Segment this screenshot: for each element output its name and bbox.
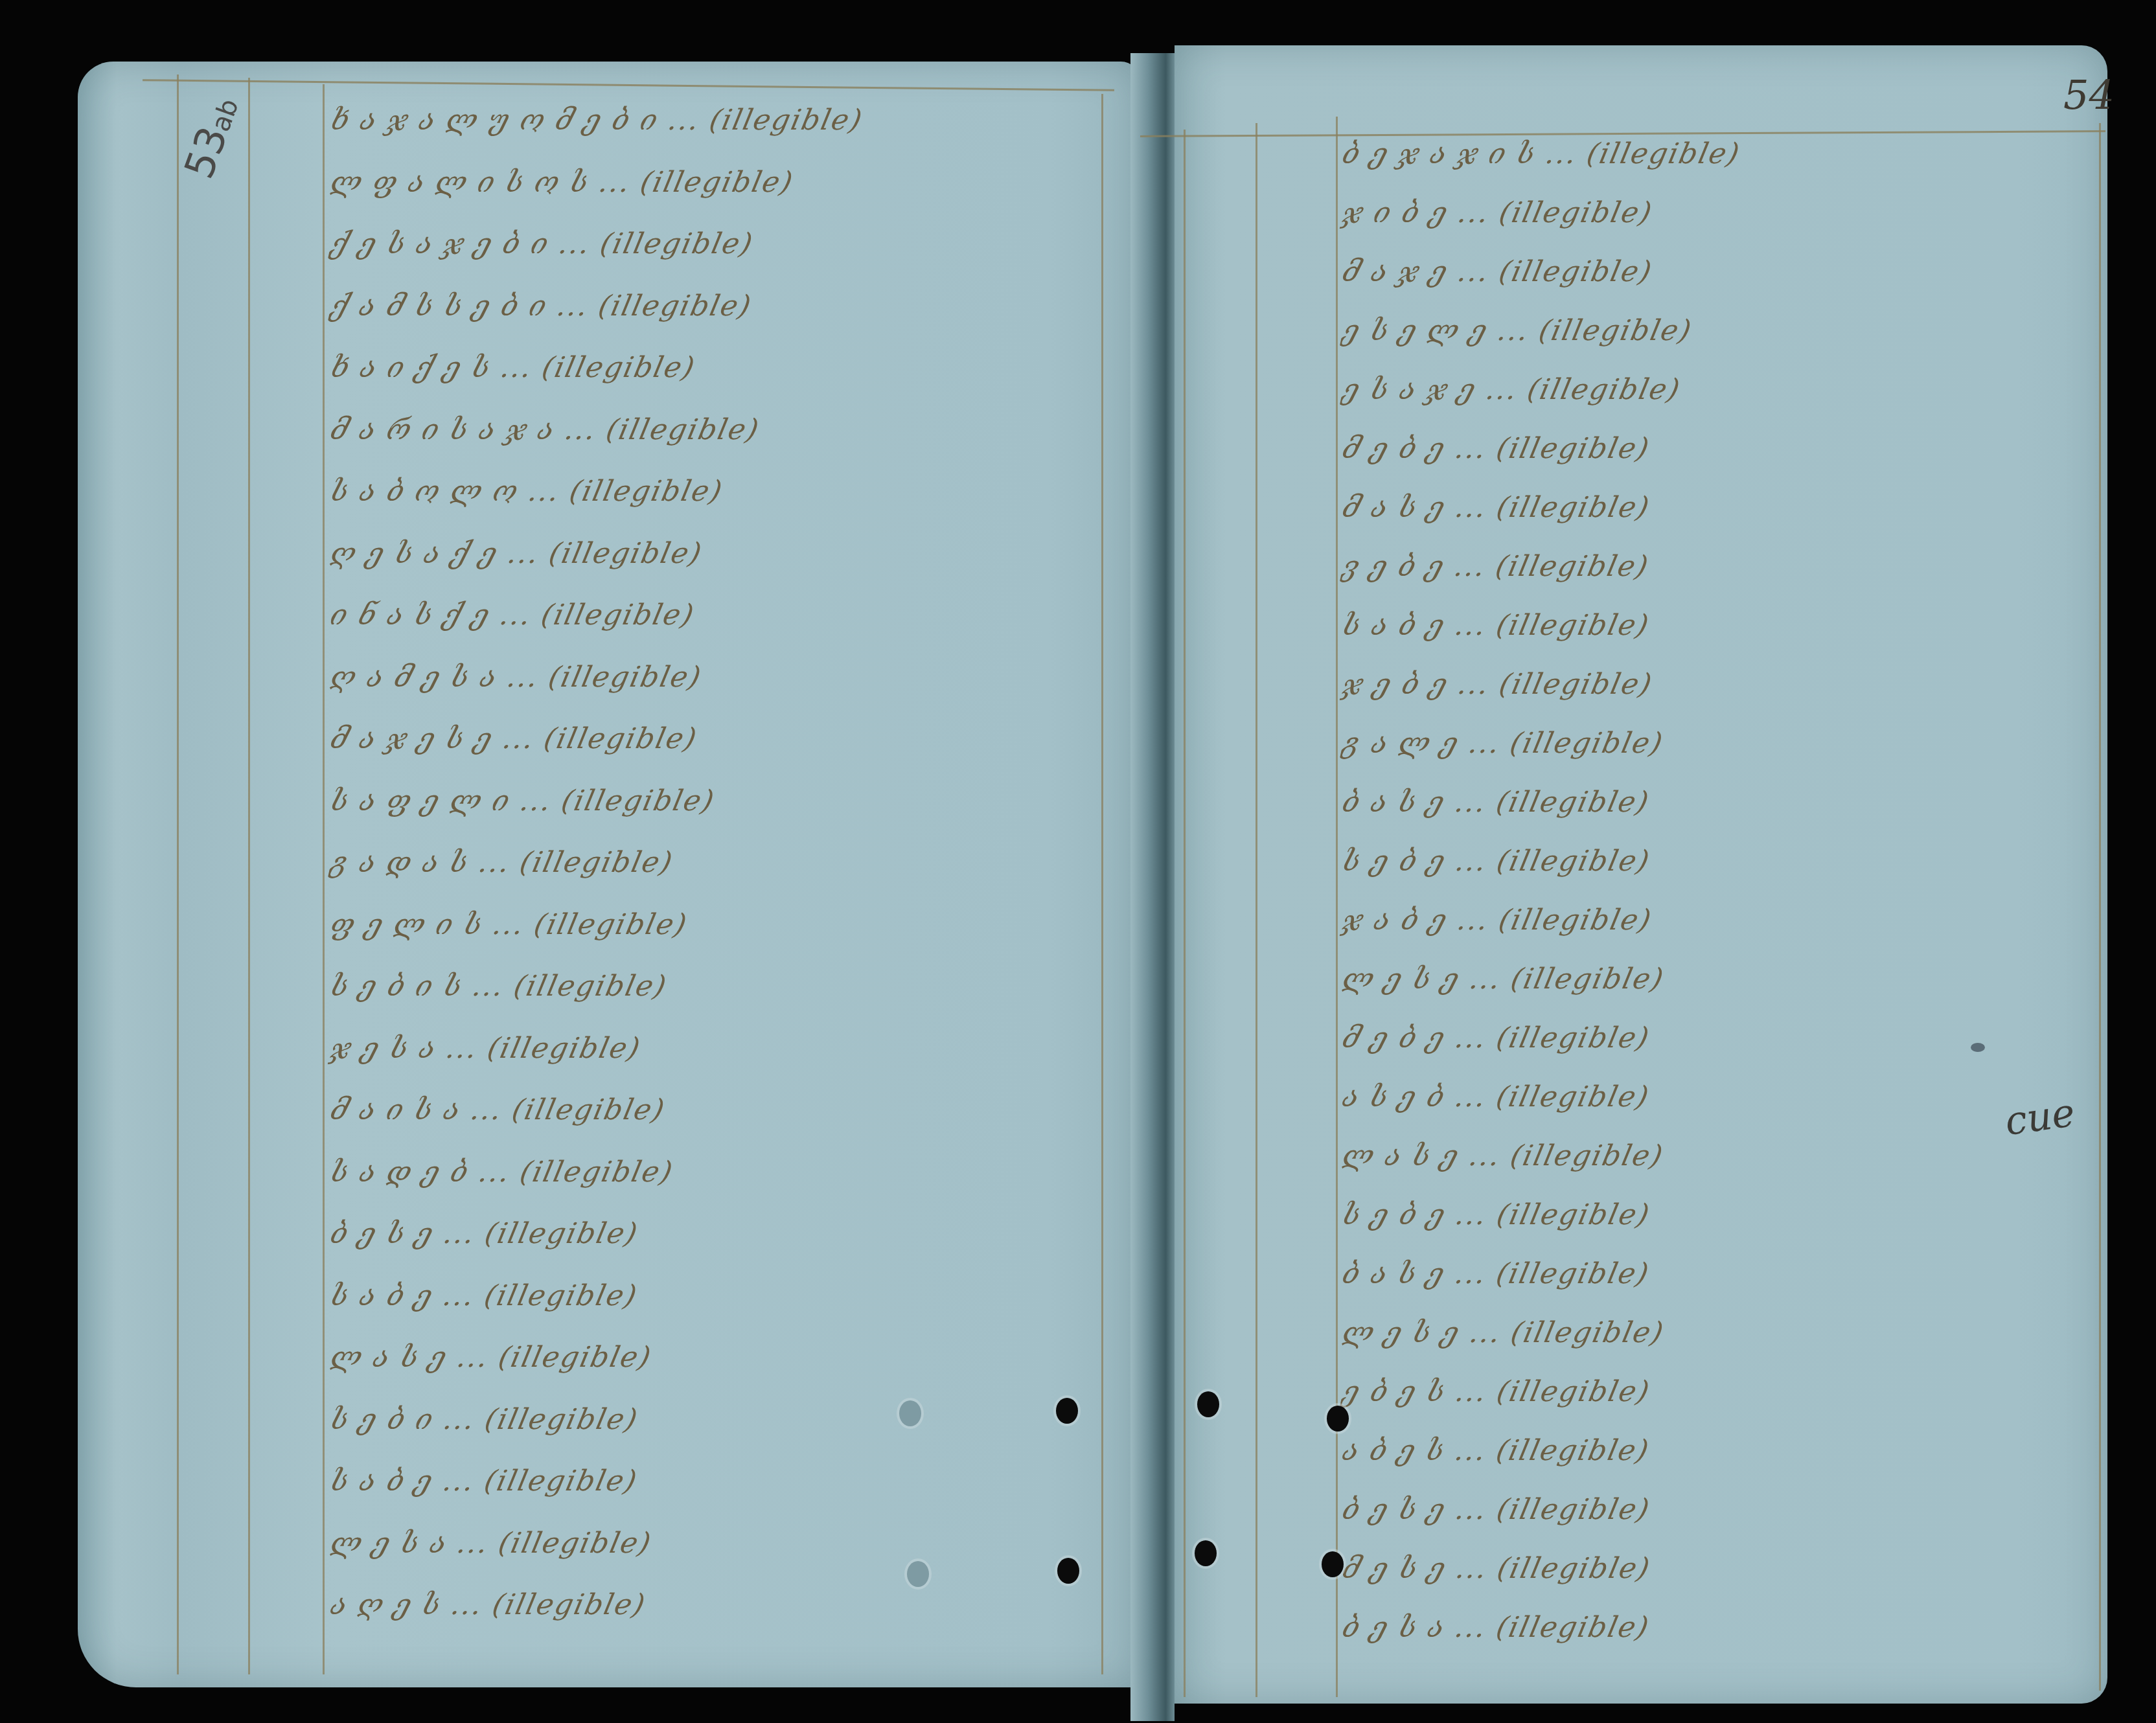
- manuscript-line: ბ ა ს ე ... (illegible): [1338, 786, 2098, 825]
- manuscript-line: ს ა ბ ე ... (illegible): [327, 1279, 1103, 1318]
- manuscript-line: ს ე ბ ი ... (illegible): [327, 1403, 1103, 1442]
- ink-spot: [1971, 1043, 1985, 1052]
- manuscript-line: ქ ა მ ს ს ე ბ ი ... (illegible): [327, 290, 1103, 328]
- manuscript-line: ჯ ა ბ ე ... (illegible): [1338, 904, 2098, 942]
- manuscript-line: ბ ა ს ე ... (illegible): [1338, 1257, 2098, 1296]
- manuscript-line: მ ა ი ს ა ... (illegible): [327, 1093, 1103, 1132]
- manuscript-line: გ ა ლ ე ... (illegible): [1338, 727, 2098, 766]
- manuscript-line: ლ ე ს ე ... (illegible): [1338, 1316, 2098, 1355]
- manuscript-line: ხ ა ჯ ა ლ უ ო მ ე ბ ი ... (illegible): [327, 104, 1103, 143]
- binding-hole: [907, 1561, 929, 1587]
- manuscript-line: ლ ე ს ა ... (illegible): [327, 1527, 1103, 1566]
- manuscript-line: ლ ა ს ე ... (illegible): [327, 1341, 1103, 1380]
- manuscript-line: ბ ე ს ა ... (illegible): [1338, 1611, 2098, 1650]
- manuscript-line: ს ა ბ ე ... (illegible): [1338, 609, 2098, 648]
- left-margin-rule-3: [323, 84, 325, 1674]
- binding-hole: [1057, 1558, 1079, 1584]
- manuscript-line: ს ე ბ ი ს ... (illegible): [327, 970, 1103, 1009]
- manuscript-line: ე ს ე ლ ე ... (illegible): [1338, 314, 2098, 353]
- manuscript-line: ბ ე ს ე ... (illegible): [327, 1217, 1103, 1256]
- manuscript-line: ს ე ბ ე ... (illegible): [1338, 845, 2098, 884]
- manuscript-line: ს ე ბ ე ... (illegible): [1338, 1198, 2098, 1237]
- binding-hole: [1327, 1406, 1349, 1432]
- manuscript-line: ჯ ე ს ა ... (illegible): [327, 1032, 1103, 1071]
- left-margin-rule-2: [248, 78, 250, 1674]
- manuscript-line: მ ე ს ე ... (illegible): [1338, 1552, 2098, 1591]
- binding-hole: [1056, 1398, 1078, 1424]
- manuscript-line: ლ ე ს ე ... (illegible): [1338, 963, 2098, 1001]
- manuscript-line: ჯ ე ბ ე ... (illegible): [1338, 668, 2098, 707]
- manuscript-line: მ ე ბ ე ... (illegible): [1338, 1021, 2098, 1060]
- manuscript-line: მ ა ს ე ... (illegible): [1338, 491, 2098, 530]
- left-margin-rule-1: [177, 74, 179, 1674]
- binding-hole: [899, 1400, 921, 1426]
- manuscript-line: მ ა ჯ ე ს ე ... (illegible): [327, 722, 1103, 761]
- book-spine-gutter: [1130, 53, 1175, 1721]
- right-page-number: 54: [2063, 71, 2115, 119]
- manuscript-line: გ ა დ ა ს ... (illegible): [327, 846, 1103, 885]
- manuscript-line: ბ ე ს ე ... (illegible): [1338, 1493, 2098, 1532]
- manuscript-line: მ ე ბ ე ... (illegible): [1338, 432, 2098, 471]
- manuscript-line: ლ ფ ა ლ ი ს ო ს ... (illegible): [327, 166, 1103, 205]
- manuscript-line: ღ ა მ ე ს ა ... (illegible): [327, 661, 1103, 700]
- manuscript-line: მ ა ჯ ე ... (illegible): [1338, 255, 2098, 294]
- manuscript-line: ა ს ე ბ ... (illegible): [1338, 1080, 2098, 1119]
- manuscript-line: ს ა დ ე ბ ... (illegible): [327, 1156, 1103, 1194]
- marginal-flourish: cue: [2002, 1090, 2078, 1145]
- manuscript-line: ა ღ ე ს ... (illegible): [327, 1588, 1103, 1627]
- manuscript-line: ს ა ბ ე ... (illegible): [327, 1465, 1103, 1503]
- binding-hole: [1197, 1391, 1219, 1417]
- manuscript-line: ე ბ ე ს ... (illegible): [1338, 1375, 2098, 1414]
- right-margin-rule-3: [1336, 117, 1338, 1697]
- manuscript-line: ბ ე ჯ ა ჯ ი ს ... (illegible): [1338, 137, 2098, 176]
- left-text-right-rule: [1101, 94, 1103, 1674]
- manuscript-line: ხ ა ი ქ ე ს ... (illegible): [327, 351, 1103, 390]
- manuscript-line: ს ა ფ ე ლ ი ... (illegible): [327, 784, 1103, 823]
- manuscript-line: მ ა რ ი ს ა ჯ ა ... (illegible): [327, 413, 1103, 452]
- manuscript-line: ღ ე ს ა ქ ე ... (illegible): [327, 537, 1103, 576]
- manuscript-line: ი ნ ა ს ქ ე ... (illegible): [327, 599, 1103, 637]
- right-margin-rule-2: [1256, 123, 1257, 1697]
- binding-hole: [1195, 1540, 1217, 1566]
- manuscript-line: ქ ე ს ა ჯ ე ბ ი ... (illegible): [327, 227, 1103, 266]
- manuscript-line: ფ ე ლ ი ს ... (illegible): [327, 908, 1103, 947]
- manuscript-line: ვ ე ბ ე ... (illegible): [1338, 550, 2098, 589]
- right-text-right-rule: [2099, 123, 2101, 1691]
- right-margin-rule-1: [1184, 130, 1186, 1697]
- manuscript-line: ჯ ი ბ ე ... (illegible): [1338, 196, 2098, 235]
- manuscript-line: ლ ა ს ე ... (illegible): [1338, 1139, 2098, 1178]
- manuscript-line: ს ა ბ ო ლ ო ... (illegible): [327, 475, 1103, 514]
- binding-hole: [1322, 1551, 1344, 1577]
- manuscript-line: ე ს ა ჯ ე ... (illegible): [1338, 373, 2098, 412]
- manuscript-line: ა ბ ე ს ... (illegible): [1338, 1434, 2098, 1473]
